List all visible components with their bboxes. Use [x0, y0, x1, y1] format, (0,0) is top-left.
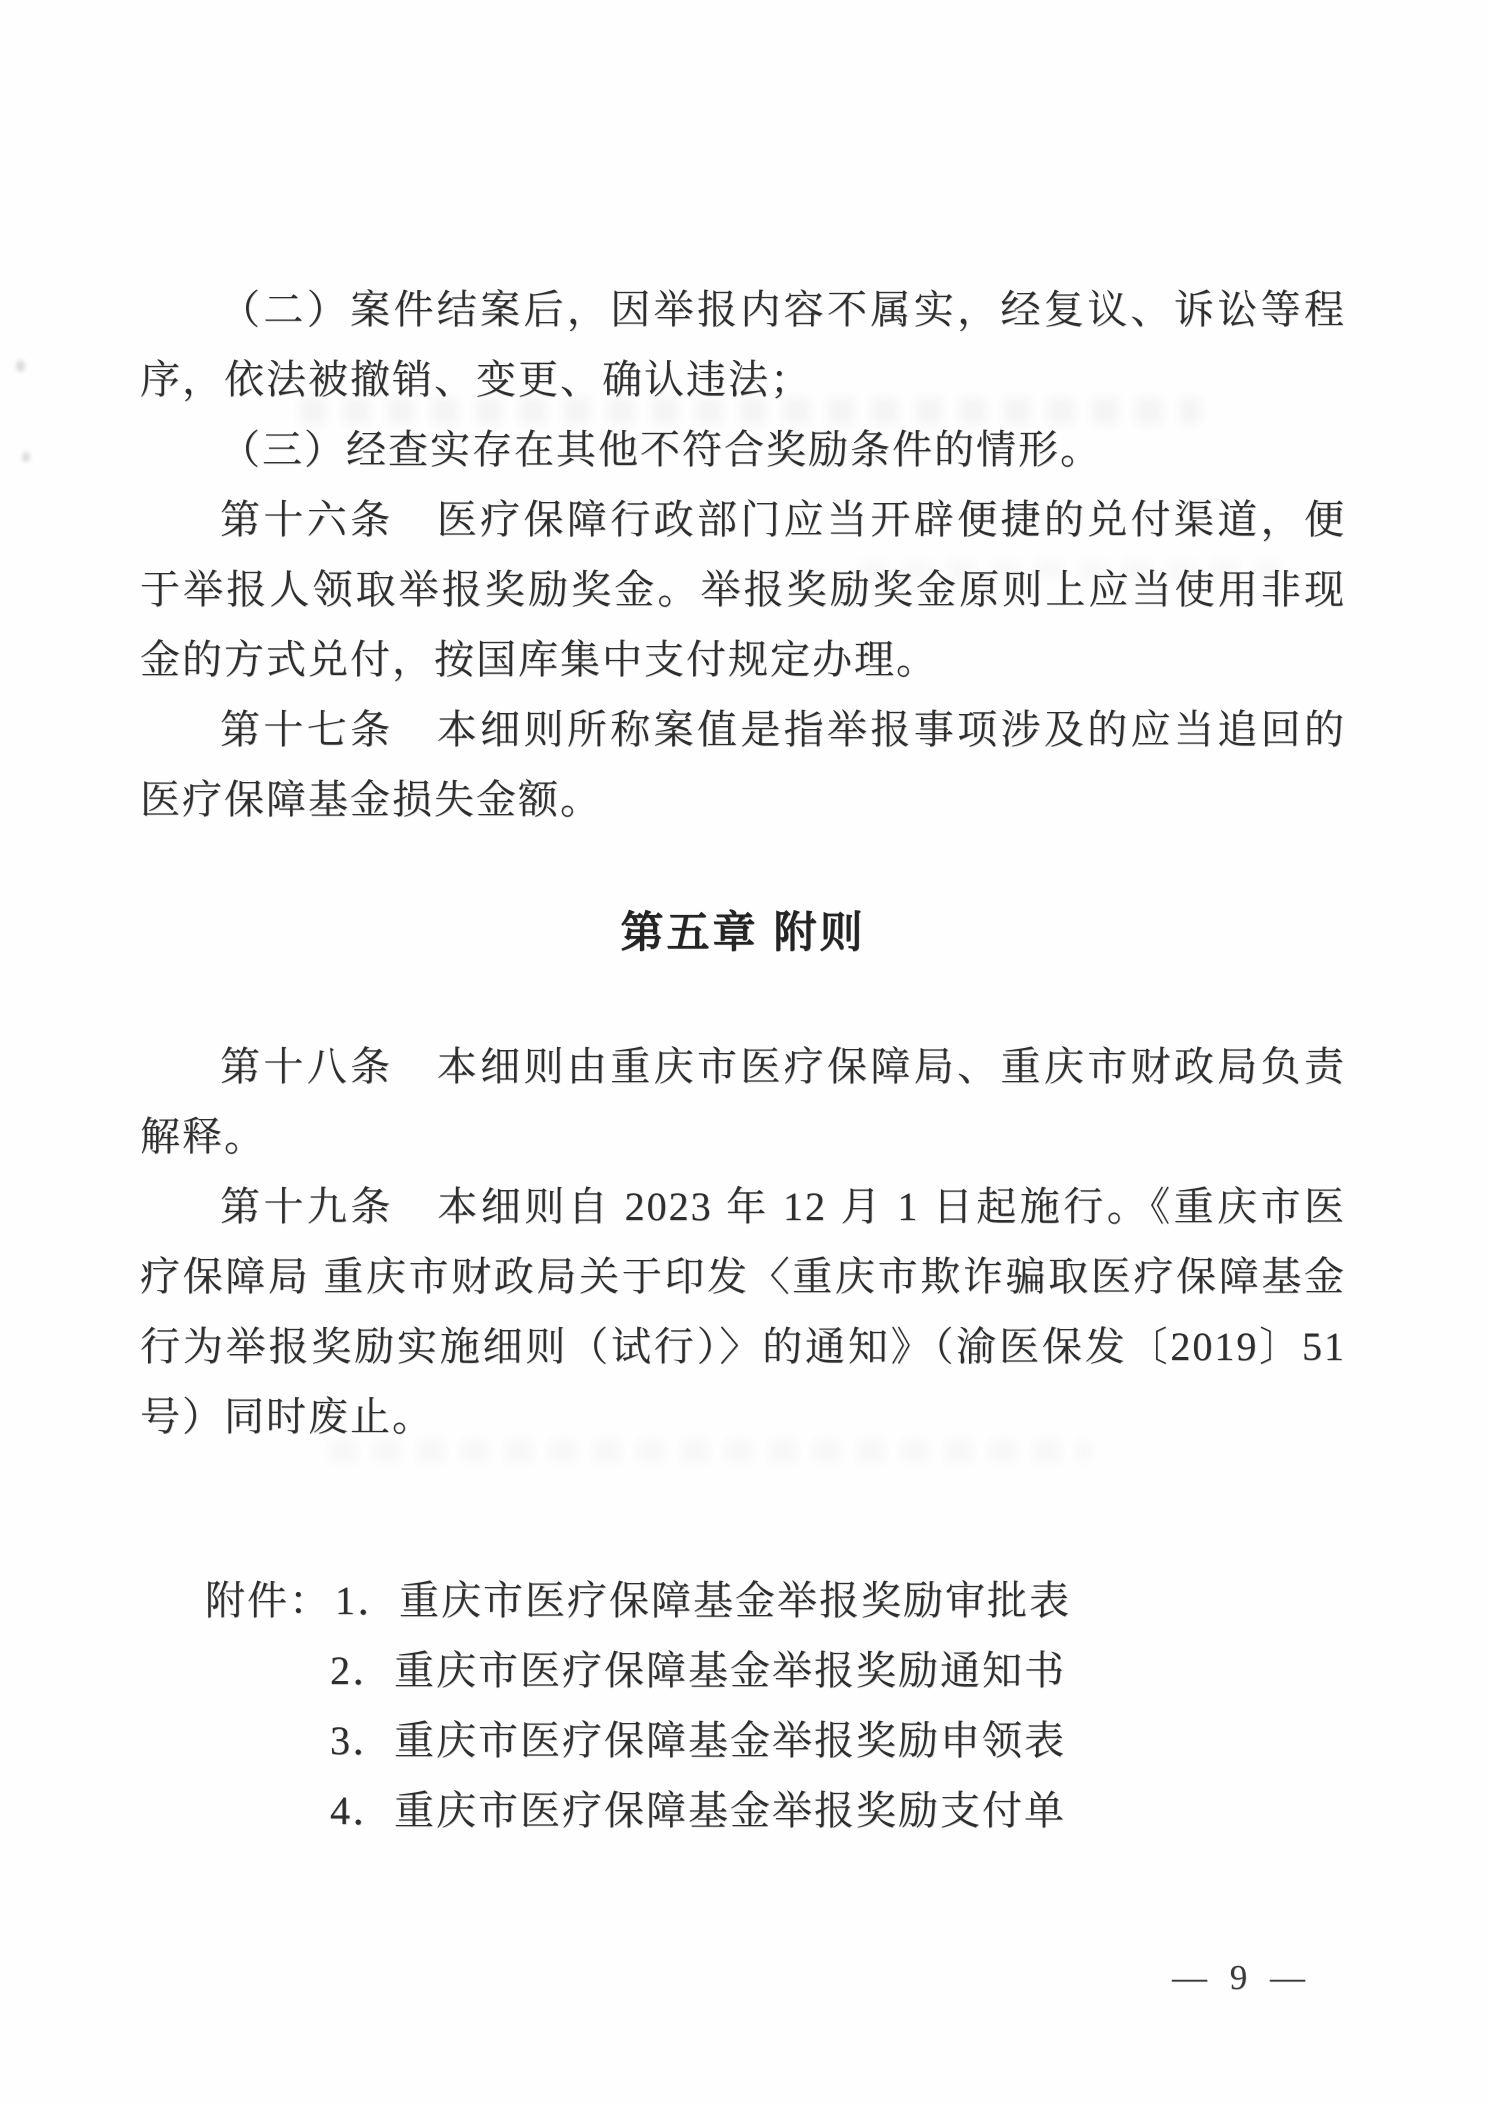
paragraph-article-17: 第十七条 本细则所称案值是指举报事项涉及的应当追回的医疗保障基金损失金额。 — [140, 695, 1346, 835]
paragraph-article-16: 第十六条 医疗保障行政部门应当开辟便捷的兑付渠道，便于举报人领取举报奖励奖金。举… — [140, 485, 1346, 695]
attachments-label: 附件： — [205, 1578, 331, 1623]
paragraph-clause-3: （三）经查实存在其他不符合奖励条件的情形。 — [140, 415, 1346, 485]
scan-artifact — [22, 452, 30, 462]
attachments-list: 附件：1．重庆市医疗保障基金举报奖励审批表 2．重庆市医疗保障基金举报奖励通知书… — [140, 1566, 1346, 1846]
attachment-item-4: 4．重庆市医疗保障基金举报奖励支付单 — [140, 1776, 1346, 1846]
attachment-item-1-row: 附件：1．重庆市医疗保障基金举报奖励审批表 — [140, 1566, 1346, 1636]
page-number: — 9 — — [1172, 1956, 1312, 2000]
chapter-heading: 第五章 附则 — [140, 898, 1346, 968]
paragraph-article-19: 第十九条 本细则自 2023 年 12 月 1 日起施行。《重庆市医疗保障局 重… — [140, 1172, 1346, 1452]
paragraph-article-18: 第十八条 本细则由重庆市医疗保障局、重庆市财政局负责解释。 — [140, 1032, 1346, 1172]
document-body: （二）案件结案后，因举报内容不属实，经复议、诉讼等程序，依法被撤销、变更、确认违… — [140, 275, 1346, 1846]
attachment-item-2: 2．重庆市医疗保障基金举报奖励通知书 — [140, 1636, 1346, 1706]
document-page: （二）案件结案后，因举报内容不属实，经复议、诉讼等程序，依法被撤销、变更、确认违… — [0, 0, 1488, 2104]
scan-artifact — [16, 360, 25, 372]
paragraph-clause-2: （二）案件结案后，因举报内容不属实，经复议、诉讼等程序，依法被撤销、变更、确认违… — [140, 275, 1346, 415]
attachment-item-3: 3．重庆市医疗保障基金举报奖励申领表 — [140, 1706, 1346, 1776]
attachment-item-1: 1．重庆市医疗保障基金举报奖励审批表 — [335, 1578, 1071, 1623]
